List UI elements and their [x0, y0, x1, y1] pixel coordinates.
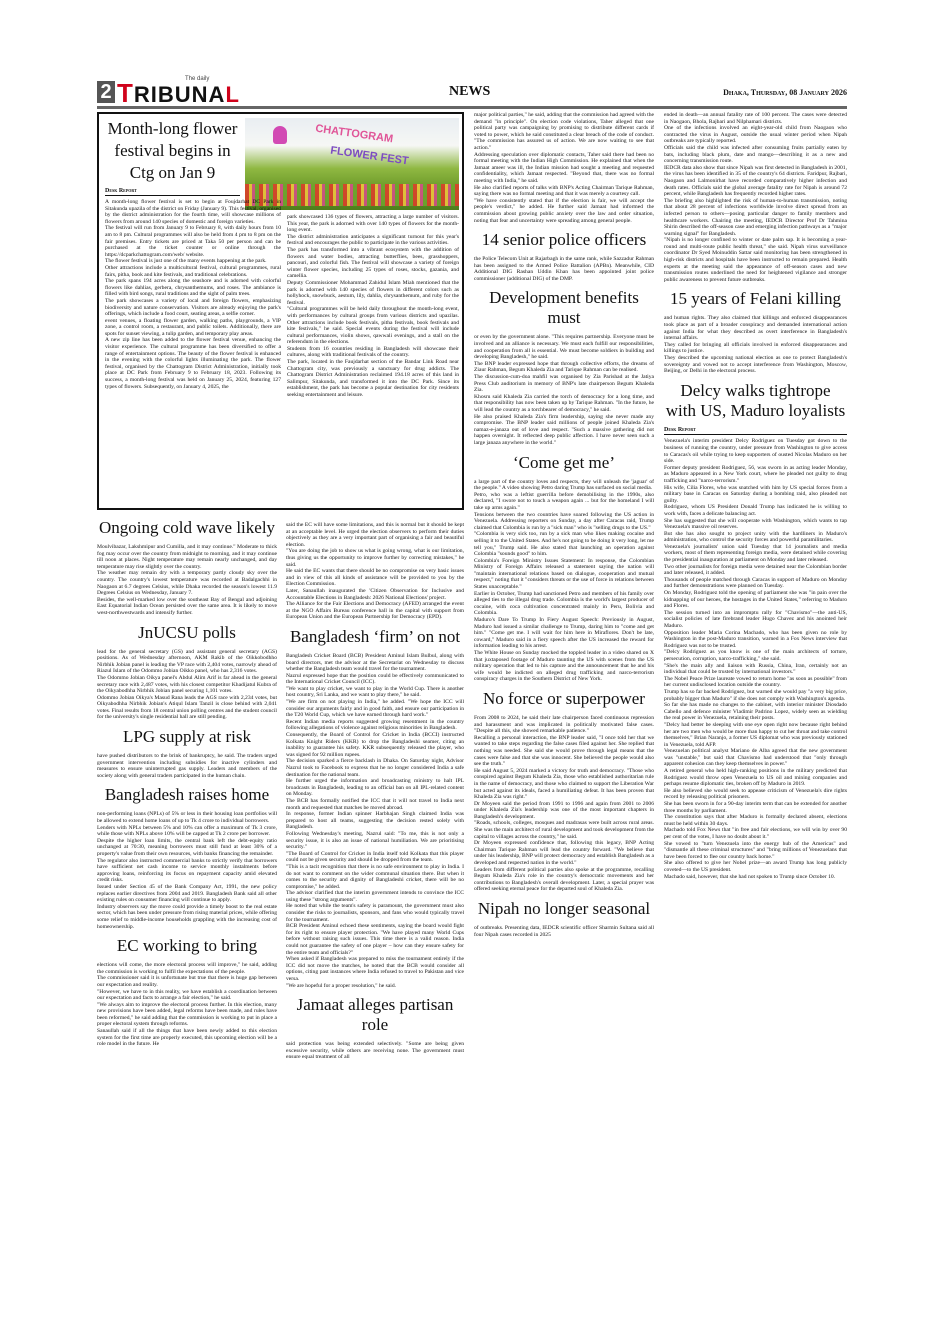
paragraph: Moulvibazar, Lakshmipur and Cumilla, and…	[97, 544, 277, 570]
paragraph: The advisor clarified that the interim g…	[286, 890, 464, 903]
headline-nipah: Nipah no longer seasonal	[474, 899, 654, 919]
column-3: major political parties," he said, addin…	[474, 112, 654, 938]
headline-police: 14 senior police officers	[474, 230, 654, 250]
paragraph: The Nobel Peace Prize laureate vowed to …	[664, 676, 847, 689]
paragraph: Addressing speculation over diplomatic c…	[474, 152, 654, 185]
paragraph: Issued under Section 45 of the Bank Comp…	[97, 884, 277, 904]
paragraph: "Delcy Rodriguez as you know is one of t…	[664, 649, 847, 662]
headline-come-get-me: ‘Come get me’	[474, 453, 654, 473]
paragraph: The session turned into an impromptu ral…	[664, 610, 847, 630]
paragraph: Petro, who was a leftist guerrilla befor…	[474, 492, 654, 512]
headline-felani: 15 years of Felani killing	[664, 289, 847, 309]
paragraph: She has been sworn in for a 90-day inter…	[664, 801, 847, 814]
paragraph: Odommo Jobian Oikya's Masud Rana leads t…	[97, 695, 277, 721]
flower-col-1: A month-long flower festival is set to b…	[105, 199, 281, 390]
paragraph: He further urged the information and bro…	[286, 778, 464, 798]
paragraph: The Odommo Jobian Oikya panel's Abdul Al…	[97, 675, 277, 695]
paragraph: Dr Moyeen said the period from 1991 to 1…	[474, 801, 654, 821]
paragraph: Besides, the well-marked low over the so…	[97, 597, 277, 617]
paragraph: The constitution says that after Maduro …	[664, 814, 847, 827]
logo-middle: RIBUNA	[134, 82, 226, 107]
paragraph: non-performing loans (NPLs) of 5% or les…	[97, 811, 277, 824]
flower-festival-photo: CHATTOGRAM FLOWER FEST	[245, 118, 459, 210]
byline: Desk Report	[664, 427, 847, 436]
headline-home-loan: Bangladesh raises home	[97, 785, 277, 805]
paragraph: Tensions between the two countries have …	[474, 512, 654, 532]
paragraph: Nazrul expressed hope that the position …	[286, 673, 464, 686]
paragraph: When asked if Bangladesh was prepared to…	[286, 956, 464, 982]
paragraph: The White House on Sunday mocked the top…	[474, 650, 654, 683]
paragraph: Sanaullah said if all the things that ha…	[97, 1028, 277, 1048]
paragraph: The BCB has formally notified the ICC th…	[286, 798, 464, 811]
tulip-decoration	[273, 126, 287, 144]
paragraph: They called for bringing all officials i…	[664, 342, 847, 355]
logo-letter-l: L	[225, 82, 239, 107]
paragraph: "Delcy had better be sleeping with one e…	[664, 722, 847, 748]
paragraph: "Cultural programmes will be held daily …	[287, 306, 459, 346]
section-title: NEWS	[449, 84, 490, 100]
paragraph: She has suggested that she will cooperat…	[664, 518, 847, 531]
paragraph: Earlier in October, Trump had sanctioned…	[474, 591, 654, 617]
newspaper-logo[interactable]: TRIBUNAL	[117, 80, 240, 104]
paragraph: The commissioner said it is unfortunate …	[97, 975, 277, 988]
paragraph: Deputy Commissioner Mohammad Zahidul Isl…	[287, 280, 459, 306]
paragraph: The park, located in the Faujdarhat sect…	[287, 359, 459, 399]
paragraph: Two other journalists for foreign media …	[664, 564, 847, 577]
flower-festival-story: Month-long flower festival begins in Ctg…	[97, 112, 464, 510]
paragraph: From 2008 to 2024, he said their late ch…	[474, 715, 654, 735]
paragraph: He said the EC wants that there should b…	[286, 568, 464, 588]
paragraph: Bangladesh Cricket Board (BCB) President…	[286, 653, 464, 673]
paragraph: He also believed she would seek to appea…	[664, 788, 847, 801]
paragraph: a large part of the country loves and re…	[474, 479, 654, 492]
paragraph: The district administration anticipates …	[287, 234, 459, 247]
paragraph: Machado told Fox News that "in free and …	[664, 827, 847, 840]
paragraph: Leaders from different political parties…	[474, 867, 654, 893]
paragraph: "Nipah is no longer confined to winter o…	[664, 237, 847, 283]
paragraph: "The Board of Control for Cricket in Ind…	[286, 851, 464, 864]
paragraph: One of the infections involved an eight-…	[664, 125, 847, 145]
paragraph: Rodriguez, whom US President Donald Trum…	[664, 504, 847, 517]
paragraph: "She's the main ally and liaison with Ru…	[664, 663, 847, 676]
paragraph: But she has also sought to project unity…	[664, 531, 847, 544]
paragraph: Opposition leader Maria Corina Machado, …	[664, 630, 847, 650]
paragraph: major political parties," he said, addin…	[474, 112, 654, 152]
headline-ec-working: EC working to bring	[97, 936, 277, 956]
paragraph: Maduro's Dare To Trump In Fiery August S…	[474, 617, 654, 650]
masthead-rule	[97, 106, 847, 109]
photo-sign-text: CHATTOGRAM	[315, 123, 394, 146]
paragraph: or even by the government alone. "This r…	[474, 334, 654, 360]
paragraph: "Roads, schools, colleges, mosques and m…	[474, 820, 654, 840]
paragraph: "This is a tacit recognition that there …	[286, 864, 464, 890]
paragraph: Officials said the child was infected af…	[664, 145, 847, 165]
paragraph: Khosru said Khaleda Zia carried the torc…	[474, 394, 654, 414]
paragraph: Following Wednesday's meeting, Nazrul sa…	[286, 831, 464, 851]
paragraph: The decision sparked a fierce backlash i…	[286, 758, 464, 778]
paragraph: "We are firm on not playing in India," h…	[286, 699, 464, 719]
masthead: 2 The daily TRIBUNAL NEWS Dhaka, Thursda…	[97, 80, 847, 106]
headline-delcy: Delcy walks tightrope with US, Maduro lo…	[664, 381, 847, 421]
flower-col-2: park showcased 136 types of flowers, att…	[287, 214, 459, 399]
page-number: 2	[97, 81, 115, 103]
paragraph: ended in death—an annual fatality rate o…	[664, 112, 847, 125]
paragraph: The flower festival is just one of the m…	[105, 258, 281, 265]
paragraph: said protection was being extended selec…	[286, 1041, 464, 1061]
paragraph: The discussion-cum-doa mahfil was organi…	[474, 374, 654, 394]
paragraph: The Alliance for the Fair Elections and …	[286, 601, 464, 621]
paragraph: "We always aim to improve the electoral …	[97, 1002, 277, 1028]
paragraph: In response, former Indian spinner Harbh…	[286, 811, 464, 831]
paragraph: The park showcases a variety of local an…	[105, 298, 281, 318]
paragraph: Other attractions include a multicultura…	[105, 265, 281, 278]
paragraph: On Monday, Rodriguez told the opening of…	[664, 590, 847, 610]
paragraph: Venezuelan political analyst Mariano de …	[664, 748, 847, 768]
paragraph: "You are doing the job to show us what i…	[286, 548, 464, 568]
paragraph: "We want to play cricket, we want to pla…	[286, 686, 464, 699]
paragraph: Recent Indian media reports suggested gr…	[286, 719, 464, 732]
paragraph: BCB President Aminul echoed these sentim…	[286, 923, 464, 956]
column-1: Ongoing cold wave likely Moulvibazar, La…	[97, 512, 277, 1048]
paragraph: IEDCR data also show that since Nipah wa…	[664, 165, 847, 198]
paragraph: the Police Telecom Unit at Rajarbagh in …	[474, 256, 654, 282]
paragraph: The BNP leader expressed hope that throu…	[474, 361, 654, 374]
paragraph: of outbreaks. Presenting data, IEDCR sci…	[474, 925, 654, 938]
paragraph: event venues, a floating flower garden, …	[105, 318, 281, 338]
headline-development: Development benefits must	[474, 288, 654, 328]
headline-cricket: Bangladesh ‘firm’ on not	[286, 627, 464, 647]
paragraph: "We have consistently stated that if the…	[474, 198, 654, 224]
paragraph: They described the upcoming national ele…	[664, 355, 847, 375]
paragraph: A month-long flower festival is set to b…	[105, 199, 281, 225]
paragraph: Former deputy president Rodriguez, 56, w…	[664, 465, 847, 485]
paragraph: Industry observers say the move could pr…	[97, 904, 277, 930]
paragraph: Recalling a personal interaction, the BN…	[474, 735, 654, 768]
paragraph: He also clarified reports of talks with …	[474, 185, 654, 198]
paragraph: Venezuela's interim president Delcy Rodr…	[664, 438, 847, 464]
photo-sign-text-2: FLOWER FEST	[330, 145, 410, 168]
paragraph: He noted that while the team's safety is…	[286, 903, 464, 923]
paragraph: said the EC will have some limitations, …	[286, 522, 464, 548]
paragraph: Later, Sanaullah inaugurated the 'Citize…	[286, 588, 464, 601]
headline-no-force: No force or superpower	[474, 689, 654, 709]
paragraph: Machado said, however, that she had not …	[664, 874, 847, 881]
column-2: said the EC will have some limitations, …	[286, 522, 464, 1061]
paragraph: The regulator also instructed commercial…	[97, 858, 277, 884]
paragraph: A retired general who held high-ranking …	[664, 768, 847, 788]
paragraph: Lenders with NPLs between 5% and 10% can…	[97, 825, 277, 838]
paragraph: The weather may remain dry with a tempor…	[97, 570, 277, 596]
paragraph: Venezuela's journalists' union said Tues…	[664, 544, 847, 564]
logo-letter-t: T	[117, 78, 134, 108]
byline: Desk Report	[105, 188, 240, 196]
paragraph: Students from 16 countries residing in B…	[287, 346, 459, 359]
paragraph: Thousands of people matched through Cara…	[664, 577, 847, 590]
paragraph: So far she has made no changes to the ca…	[664, 702, 847, 722]
paragraph: The park has transformed into a vibrant …	[287, 247, 459, 280]
paragraph: lead for the general secretary (GS) and …	[97, 649, 277, 675]
paragraph: park showcased 136 types of flowers, att…	[287, 214, 459, 234]
headline-lpg: LPG supply at risk	[97, 727, 277, 747]
paragraph: Consequently, the Board of Control for C…	[286, 732, 464, 758]
paragraph: elections will come, the more electoral …	[97, 962, 277, 975]
paragraph: "However, we have to in this reality, we…	[97, 989, 277, 1002]
paragraph: Despite the higher loan limits, the cent…	[97, 838, 277, 858]
paragraph: He also praised Khaleda Zia's firm leade…	[474, 414, 654, 447]
paragraph: She also offered to give her Nobel prize…	[664, 860, 847, 873]
paragraph: He said August 5, 2024 marked a victory …	[474, 768, 654, 801]
paragraph: Colombia's Foreign Ministry Issues State…	[474, 558, 654, 591]
paragraph: have pushed distributors to the brink of…	[97, 753, 277, 779]
dateline: Dhaka, Thursday, 08 January 2026	[723, 88, 847, 97]
headline-jnucsu: JnUCSU polls	[97, 623, 277, 643]
headline-flower-festival: Month-long flower festival begins in Ctg…	[105, 118, 240, 184]
paragraph: She vowed to "turn Venezuela into the en…	[664, 841, 847, 861]
headline-cold-wave: Ongoing cold wave likely	[97, 518, 277, 538]
paragraph: "We are hopeful for a proper resolution,…	[286, 983, 464, 990]
paragraph: and human rights. They also claimed that…	[664, 315, 847, 341]
paragraph: "Colombia is very sick too, run by a sic…	[474, 531, 654, 557]
paragraph: His wife, Cilia Flores, who was snatched…	[664, 485, 847, 505]
paragraph: The festival will run from January 9 to …	[105, 225, 281, 258]
headline-jamaat: Jamaat alleges partisan role	[286, 995, 464, 1035]
paragraph: Trump has so far backed Rodriguez, but w…	[664, 689, 847, 702]
paragraph: A new zip line has been added to the flo…	[105, 337, 281, 390]
paragraph: Dr Moyeen expressed confidence that, fol…	[474, 840, 654, 866]
column-4: ended in death—an annual fatality rate o…	[664, 112, 847, 880]
paragraph: The park spans 194 acres along the seash…	[105, 278, 281, 298]
paragraph: The briefing also highlighted the risk o…	[664, 198, 847, 238]
